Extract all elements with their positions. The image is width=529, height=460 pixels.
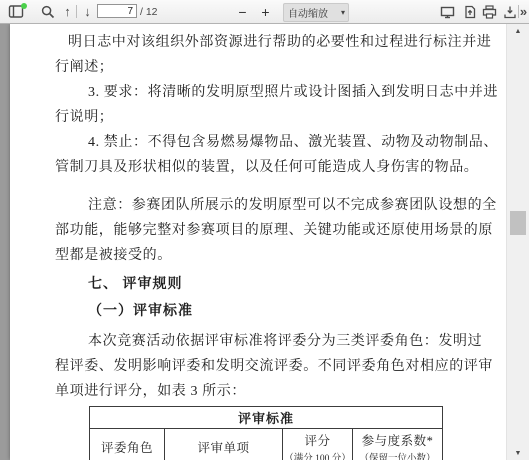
download-button[interactable] [500, 2, 519, 21]
notification-dot [21, 3, 27, 9]
pdf-viewer-window: ↑ ↓ / 12 − + 自动缩放 ▾ [0, 0, 529, 460]
page-content: 明日志中对该组织外部资源进行帮助的必要性和过程进行标注并进 行阐述； 3. 要求… [10, 24, 507, 460]
open-file-button[interactable] [460, 2, 479, 21]
previous-page-button[interactable]: ↑ [58, 2, 77, 21]
subsection-heading: （一）评审标准 [55, 299, 477, 324]
scoring-table: 评审标准 评委角色 评审单项 评分 （满分 100 分） 参与度系数* （保留一… [89, 406, 443, 460]
zoom-level-value: 自动缩放 [284, 5, 341, 20]
scroll-down-button[interactable]: ▼ [507, 447, 529, 459]
score-sublabel: （满分 100 分） [283, 450, 352, 460]
more-tools-icon: » [520, 5, 527, 18]
doc-line: 行阐述； [55, 55, 477, 80]
download-icon [503, 5, 517, 19]
doc-line: 4. 禁止：不得包含易燃易爆物品、激光装置、动物及动物制品、 [55, 130, 477, 155]
doc-line: 单项进行评分，如表 3 所示： [55, 379, 477, 404]
doc-line: 明日志中对该组织外部资源进行帮助的必要性和过程进行标注并进 [55, 30, 477, 55]
score-label: 评分 [304, 434, 330, 448]
sidebar-toggle-button[interactable] [6, 2, 25, 21]
zoom-out-button[interactable]: − [233, 2, 252, 21]
more-tools-button[interactable]: » [518, 2, 529, 21]
toolbar-separator [76, 5, 77, 18]
column-header-review-item: 评审单项 [165, 429, 283, 460]
scroll-up-button[interactable]: ▲ [507, 25, 529, 37]
participation-label: 参与度系数* [362, 434, 434, 448]
print-button[interactable] [480, 2, 499, 21]
scroll-up-icon: ▲ [515, 28, 522, 35]
zoom-level-select[interactable]: 自动缩放 ▾ [283, 3, 349, 22]
doc-line: 行说明； [55, 105, 477, 130]
print-icon [482, 5, 497, 19]
doc-line: 型都是被接受的。 [55, 243, 477, 268]
minus-icon: − [238, 5, 246, 19]
participation-sublabel: （保留一位小数） [353, 450, 442, 460]
page-count-label: / 12 [140, 6, 158, 18]
up-arrow-icon: ↑ [64, 5, 71, 18]
zoom-in-button[interactable]: + [256, 2, 275, 21]
table-title-row: 评审标准 [90, 407, 443, 429]
column-header-score: 评分 （满分 100 分） [283, 429, 353, 460]
column-header-participation: 参与度系数* （保留一位小数） [353, 429, 443, 460]
table-header-row: 评委角色 评审单项 评分 （满分 100 分） 参与度系数* （保留一位小数） [90, 429, 443, 460]
section-heading: 七、 评审规则 [55, 272, 477, 297]
toolbar: ↑ ↓ / 12 − + 自动缩放 ▾ [0, 0, 529, 24]
doc-line: 部功能，能够完整对参赛项目的原理、关键功能或还原使用场景的原 [55, 218, 477, 243]
scroll-down-icon: ▼ [515, 450, 522, 457]
chevron-down-icon: ▾ [341, 8, 348, 17]
table-title: 评审标准 [90, 407, 443, 429]
next-page-button[interactable]: ↓ [78, 2, 97, 21]
viewer-area: 明日志中对该组织外部资源进行帮助的必要性和过程进行标注并进 行阐述； 3. 要求… [0, 24, 529, 460]
pdf-page: 明日志中对该组织外部资源进行帮助的必要性和过程进行标注并进 行阐述； 3. 要求… [10, 24, 507, 460]
page-number-input[interactable] [97, 4, 137, 18]
down-arrow-icon: ↓ [84, 5, 91, 18]
doc-line: 程评委、发明影响评委和发明交流评委。不同评委角色对相应的评审 [55, 354, 477, 379]
open-file-icon [463, 5, 477, 19]
scrollbar-thumb[interactable] [510, 211, 526, 235]
doc-line: 3. 要求：将清晰的发明原型照片或设计图插入到发明日志中并进 [55, 80, 477, 105]
vertical-scrollbar[interactable]: ▲ ▼ [506, 24, 529, 460]
doc-line: 本次竞赛活动依据评审标准将评委分为三类评委角色：发明过 [55, 329, 477, 354]
doc-line: 注意：参赛团队所展示的发明原型可以不完成参赛团队设想的全 [55, 193, 477, 218]
doc-line: 管制刀具及形状相似的装置，以及任何可能造成人身伤害的物品。 [55, 155, 477, 180]
search-button[interactable] [38, 2, 57, 21]
plus-icon: + [261, 5, 269, 19]
search-icon [41, 5, 55, 19]
presentation-mode-icon [440, 5, 455, 19]
presentation-mode-button[interactable] [438, 2, 457, 21]
column-header-judge-role: 评委角色 [90, 429, 165, 460]
